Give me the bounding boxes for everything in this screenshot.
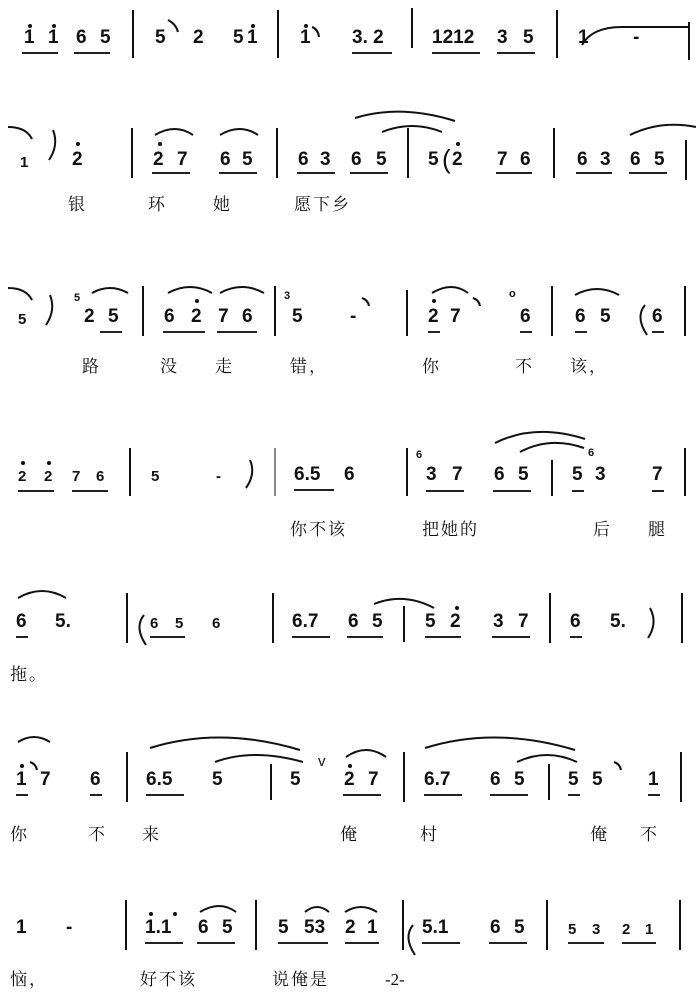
note: 7 xyxy=(452,465,463,485)
barline xyxy=(274,448,276,496)
barline xyxy=(270,764,272,800)
note: 2 xyxy=(153,150,164,170)
note: 6 xyxy=(90,770,101,790)
underline xyxy=(432,52,480,54)
lyric: 村 xyxy=(420,820,439,845)
note: 6 xyxy=(490,770,501,790)
barline xyxy=(132,10,134,58)
note: 5.1 xyxy=(422,918,448,938)
underline xyxy=(426,490,464,492)
underline xyxy=(163,331,205,333)
note: 6 xyxy=(570,612,581,632)
underline xyxy=(347,636,383,638)
lyric: 错， xyxy=(290,352,328,377)
barline xyxy=(406,448,408,496)
underline xyxy=(652,490,664,492)
note: 5 xyxy=(278,918,289,938)
high-octave-dot xyxy=(195,299,199,303)
note: 5 xyxy=(100,28,111,48)
note: 6 xyxy=(490,918,501,938)
note: 5 xyxy=(654,150,665,170)
underline xyxy=(74,52,110,54)
note: 1 xyxy=(247,28,258,48)
barline xyxy=(549,593,551,643)
underline xyxy=(493,490,531,492)
note: 6 xyxy=(494,465,505,485)
barline xyxy=(402,900,404,950)
lyric: 走 xyxy=(215,352,234,377)
high-octave-dot xyxy=(173,912,177,916)
underline xyxy=(648,794,660,796)
barline xyxy=(126,752,128,802)
note: 1 xyxy=(16,770,27,790)
lyric: 说俺是 xyxy=(272,965,329,990)
barline xyxy=(272,593,274,643)
barline xyxy=(551,286,553,336)
lyric: 俺 xyxy=(340,820,359,845)
high-octave-dot xyxy=(28,24,32,28)
grace-note: 5 xyxy=(74,293,80,304)
note: 5. xyxy=(610,612,626,632)
note: 5 xyxy=(233,28,244,48)
note: 5 xyxy=(514,918,525,938)
high-octave-dot xyxy=(158,142,162,146)
barline xyxy=(406,290,408,336)
underline xyxy=(278,942,328,944)
barline xyxy=(125,900,127,950)
note: 7 xyxy=(368,770,379,790)
note: 1 xyxy=(578,28,589,48)
lyric: 不 xyxy=(515,352,534,377)
note: 6 xyxy=(198,918,209,938)
note: 6 xyxy=(575,307,586,327)
underline xyxy=(219,172,257,174)
underline xyxy=(425,636,461,638)
high-octave-dot xyxy=(21,461,25,465)
underline xyxy=(18,490,54,492)
note: 2 xyxy=(72,150,83,170)
note: 2 xyxy=(44,467,52,487)
note: 5 xyxy=(568,770,579,790)
barline xyxy=(688,22,690,60)
note: 5 xyxy=(568,920,576,940)
note: 6.5 xyxy=(146,770,172,790)
note: 6 xyxy=(150,614,158,634)
note: 1 xyxy=(645,920,653,940)
barline xyxy=(403,606,405,642)
note: 5 xyxy=(222,918,233,938)
barline xyxy=(684,448,686,496)
note: 2 xyxy=(428,307,439,327)
grace-note: 6 xyxy=(588,448,594,459)
barline xyxy=(126,593,128,643)
note: 6.5 xyxy=(294,465,320,485)
note: 6 xyxy=(351,150,362,170)
note: 2 xyxy=(450,612,461,632)
note: 7 xyxy=(450,307,461,327)
lyric: 把她的 xyxy=(422,515,479,540)
underline xyxy=(520,331,532,333)
note: 3 xyxy=(600,150,611,170)
barline xyxy=(548,764,550,800)
underline xyxy=(197,942,235,944)
note: 5 xyxy=(514,770,525,790)
note: 1 xyxy=(648,770,659,790)
barline xyxy=(131,128,133,178)
underline xyxy=(343,794,381,796)
page-number: -2- xyxy=(385,970,405,990)
high-octave-dot xyxy=(348,764,352,768)
note: 3. 2 xyxy=(352,28,384,48)
note: 2 xyxy=(191,307,202,327)
note: - xyxy=(350,307,356,327)
note: 3 xyxy=(493,612,504,632)
note: 7 xyxy=(177,150,188,170)
note: 5 xyxy=(592,770,603,790)
note: 5 xyxy=(518,465,529,485)
underline xyxy=(294,489,334,491)
high-octave-dot xyxy=(304,24,308,28)
barline xyxy=(142,286,144,336)
note: 6 xyxy=(630,150,641,170)
barline xyxy=(129,448,131,496)
high-octave-dot xyxy=(456,142,460,146)
underline xyxy=(145,942,183,944)
open-paren: ( xyxy=(442,146,451,172)
lyric: 愿下乡 xyxy=(294,190,351,215)
underline xyxy=(100,331,122,333)
lyric: 你 xyxy=(10,820,29,845)
underline xyxy=(292,636,330,638)
underline xyxy=(345,942,379,944)
grace-note: 6 xyxy=(416,450,422,461)
underline xyxy=(575,331,587,333)
high-octave-dot xyxy=(47,461,51,465)
note: 5 xyxy=(376,150,387,170)
lyric: 银 xyxy=(68,190,87,215)
note: 5 xyxy=(151,467,159,487)
lyric: 来 xyxy=(142,820,161,845)
note: 1 xyxy=(16,918,27,938)
barline xyxy=(681,593,683,643)
note: 2 xyxy=(622,920,630,940)
high-octave-dot xyxy=(20,764,24,768)
barline xyxy=(546,900,548,950)
breath-mark: v xyxy=(318,752,326,772)
lyric: 好不该 xyxy=(140,965,197,990)
underline xyxy=(568,794,580,796)
lyric: 恼， xyxy=(10,965,48,990)
barline xyxy=(680,752,682,802)
note: 6 xyxy=(242,307,253,327)
note: 5 xyxy=(18,310,26,330)
underline xyxy=(568,942,604,944)
note: 6.7 xyxy=(424,770,450,790)
note: 5. xyxy=(55,612,71,632)
underline xyxy=(572,490,584,492)
note: 5 xyxy=(108,307,119,327)
underline xyxy=(352,52,392,54)
lyric: 拖。 xyxy=(10,660,48,685)
note: 6.7 xyxy=(292,612,318,632)
note: 5 xyxy=(175,614,183,634)
underline xyxy=(146,794,184,796)
note: 2 xyxy=(84,307,95,327)
underline xyxy=(350,172,388,174)
note: 5 xyxy=(372,612,383,632)
note: 6 xyxy=(348,612,359,632)
note: 53 xyxy=(304,918,325,938)
lyric: 你 xyxy=(422,352,441,377)
note: 7 xyxy=(218,307,229,327)
underline xyxy=(496,172,532,174)
note: 7 xyxy=(72,467,80,487)
lyric: 环 xyxy=(148,190,167,215)
underline xyxy=(422,942,460,944)
barline xyxy=(679,900,681,950)
note: 6 xyxy=(212,614,220,634)
note: 1 xyxy=(24,28,35,48)
note: 6 xyxy=(16,612,27,632)
note: 1 xyxy=(367,918,378,938)
high-octave-dot xyxy=(251,24,255,28)
barline xyxy=(403,752,405,802)
underline xyxy=(72,490,108,492)
underline xyxy=(152,172,190,174)
underline xyxy=(16,794,28,796)
note: 6 xyxy=(220,150,231,170)
underline xyxy=(576,172,612,174)
note: 5 xyxy=(425,612,436,632)
note: 2 xyxy=(193,28,204,48)
note: 5 xyxy=(572,465,583,485)
note: 6 xyxy=(577,150,588,170)
lyric: 路 xyxy=(82,352,101,377)
note: 6 xyxy=(652,307,663,327)
lyric: 不 xyxy=(88,820,107,845)
note: 6 xyxy=(298,150,309,170)
underline xyxy=(492,636,530,638)
note: 5 xyxy=(212,770,223,790)
note: - xyxy=(633,28,639,48)
note: 6 xyxy=(76,28,87,48)
note: 7 xyxy=(497,150,508,170)
underline xyxy=(297,172,335,174)
high-octave-dot xyxy=(149,912,153,916)
note: 1212 xyxy=(432,28,474,48)
note: 5 xyxy=(600,307,611,327)
barline xyxy=(407,128,409,178)
note: 5 xyxy=(290,770,301,790)
lyric: 腿 xyxy=(648,515,667,540)
underline xyxy=(150,636,185,638)
lyric: 该， xyxy=(570,352,608,377)
barline xyxy=(685,140,687,180)
note: 7 xyxy=(652,465,663,485)
underline xyxy=(22,52,58,54)
note: 3 xyxy=(426,465,437,485)
note: 1 xyxy=(300,28,311,48)
underline xyxy=(622,942,656,944)
barline xyxy=(276,128,278,178)
underline xyxy=(570,636,582,638)
grace-note: o xyxy=(509,289,516,300)
note: - xyxy=(216,467,221,487)
note: 3 xyxy=(592,920,600,940)
barline xyxy=(556,10,558,58)
underline xyxy=(90,794,102,796)
lyric: 不 xyxy=(640,820,659,845)
grace-note: 3 xyxy=(284,291,290,302)
note: 6 xyxy=(520,150,531,170)
lyric: 你不该 xyxy=(290,515,347,540)
note: 6 xyxy=(520,307,531,327)
note: 5 xyxy=(242,150,253,170)
high-octave-dot xyxy=(432,299,436,303)
note: 7 xyxy=(40,770,51,790)
note: 1 xyxy=(20,153,28,173)
underline xyxy=(217,331,257,333)
underline xyxy=(16,636,28,638)
note: 5 xyxy=(523,28,534,48)
lyric: 俺 xyxy=(590,820,609,845)
note: 6 xyxy=(164,307,175,327)
barline xyxy=(551,460,553,496)
underline xyxy=(490,794,528,796)
note: 5 xyxy=(428,150,439,170)
note: - xyxy=(66,918,72,938)
high-octave-dot xyxy=(76,142,80,146)
high-octave-dot xyxy=(455,606,459,610)
lyric: 后 xyxy=(593,515,612,540)
note: 5 xyxy=(292,307,303,327)
underline xyxy=(424,794,462,796)
underline xyxy=(428,331,440,333)
barline xyxy=(684,286,686,336)
note: 2 xyxy=(18,467,26,487)
barline xyxy=(277,10,279,58)
barline xyxy=(411,8,413,48)
note: 6 xyxy=(96,467,104,487)
underline xyxy=(489,942,527,944)
barline xyxy=(274,286,276,336)
note: 3 xyxy=(497,28,508,48)
note: 2 xyxy=(345,918,356,938)
note: 6 xyxy=(344,465,355,485)
underline xyxy=(629,172,667,174)
note: 5 xyxy=(155,28,166,48)
barline xyxy=(255,900,257,950)
barline xyxy=(553,128,555,178)
note: 3 xyxy=(595,465,606,485)
lyric: 她 xyxy=(213,190,232,215)
underline xyxy=(497,52,535,54)
underline xyxy=(652,331,664,333)
note: 1.1 xyxy=(145,918,171,938)
note: 2 xyxy=(452,150,463,170)
note: 1 xyxy=(48,28,59,48)
note: 2 xyxy=(344,770,355,790)
note: 7 xyxy=(518,612,529,632)
note: 3 xyxy=(320,150,331,170)
lyric: 没 xyxy=(160,352,179,377)
high-octave-dot xyxy=(52,24,56,28)
